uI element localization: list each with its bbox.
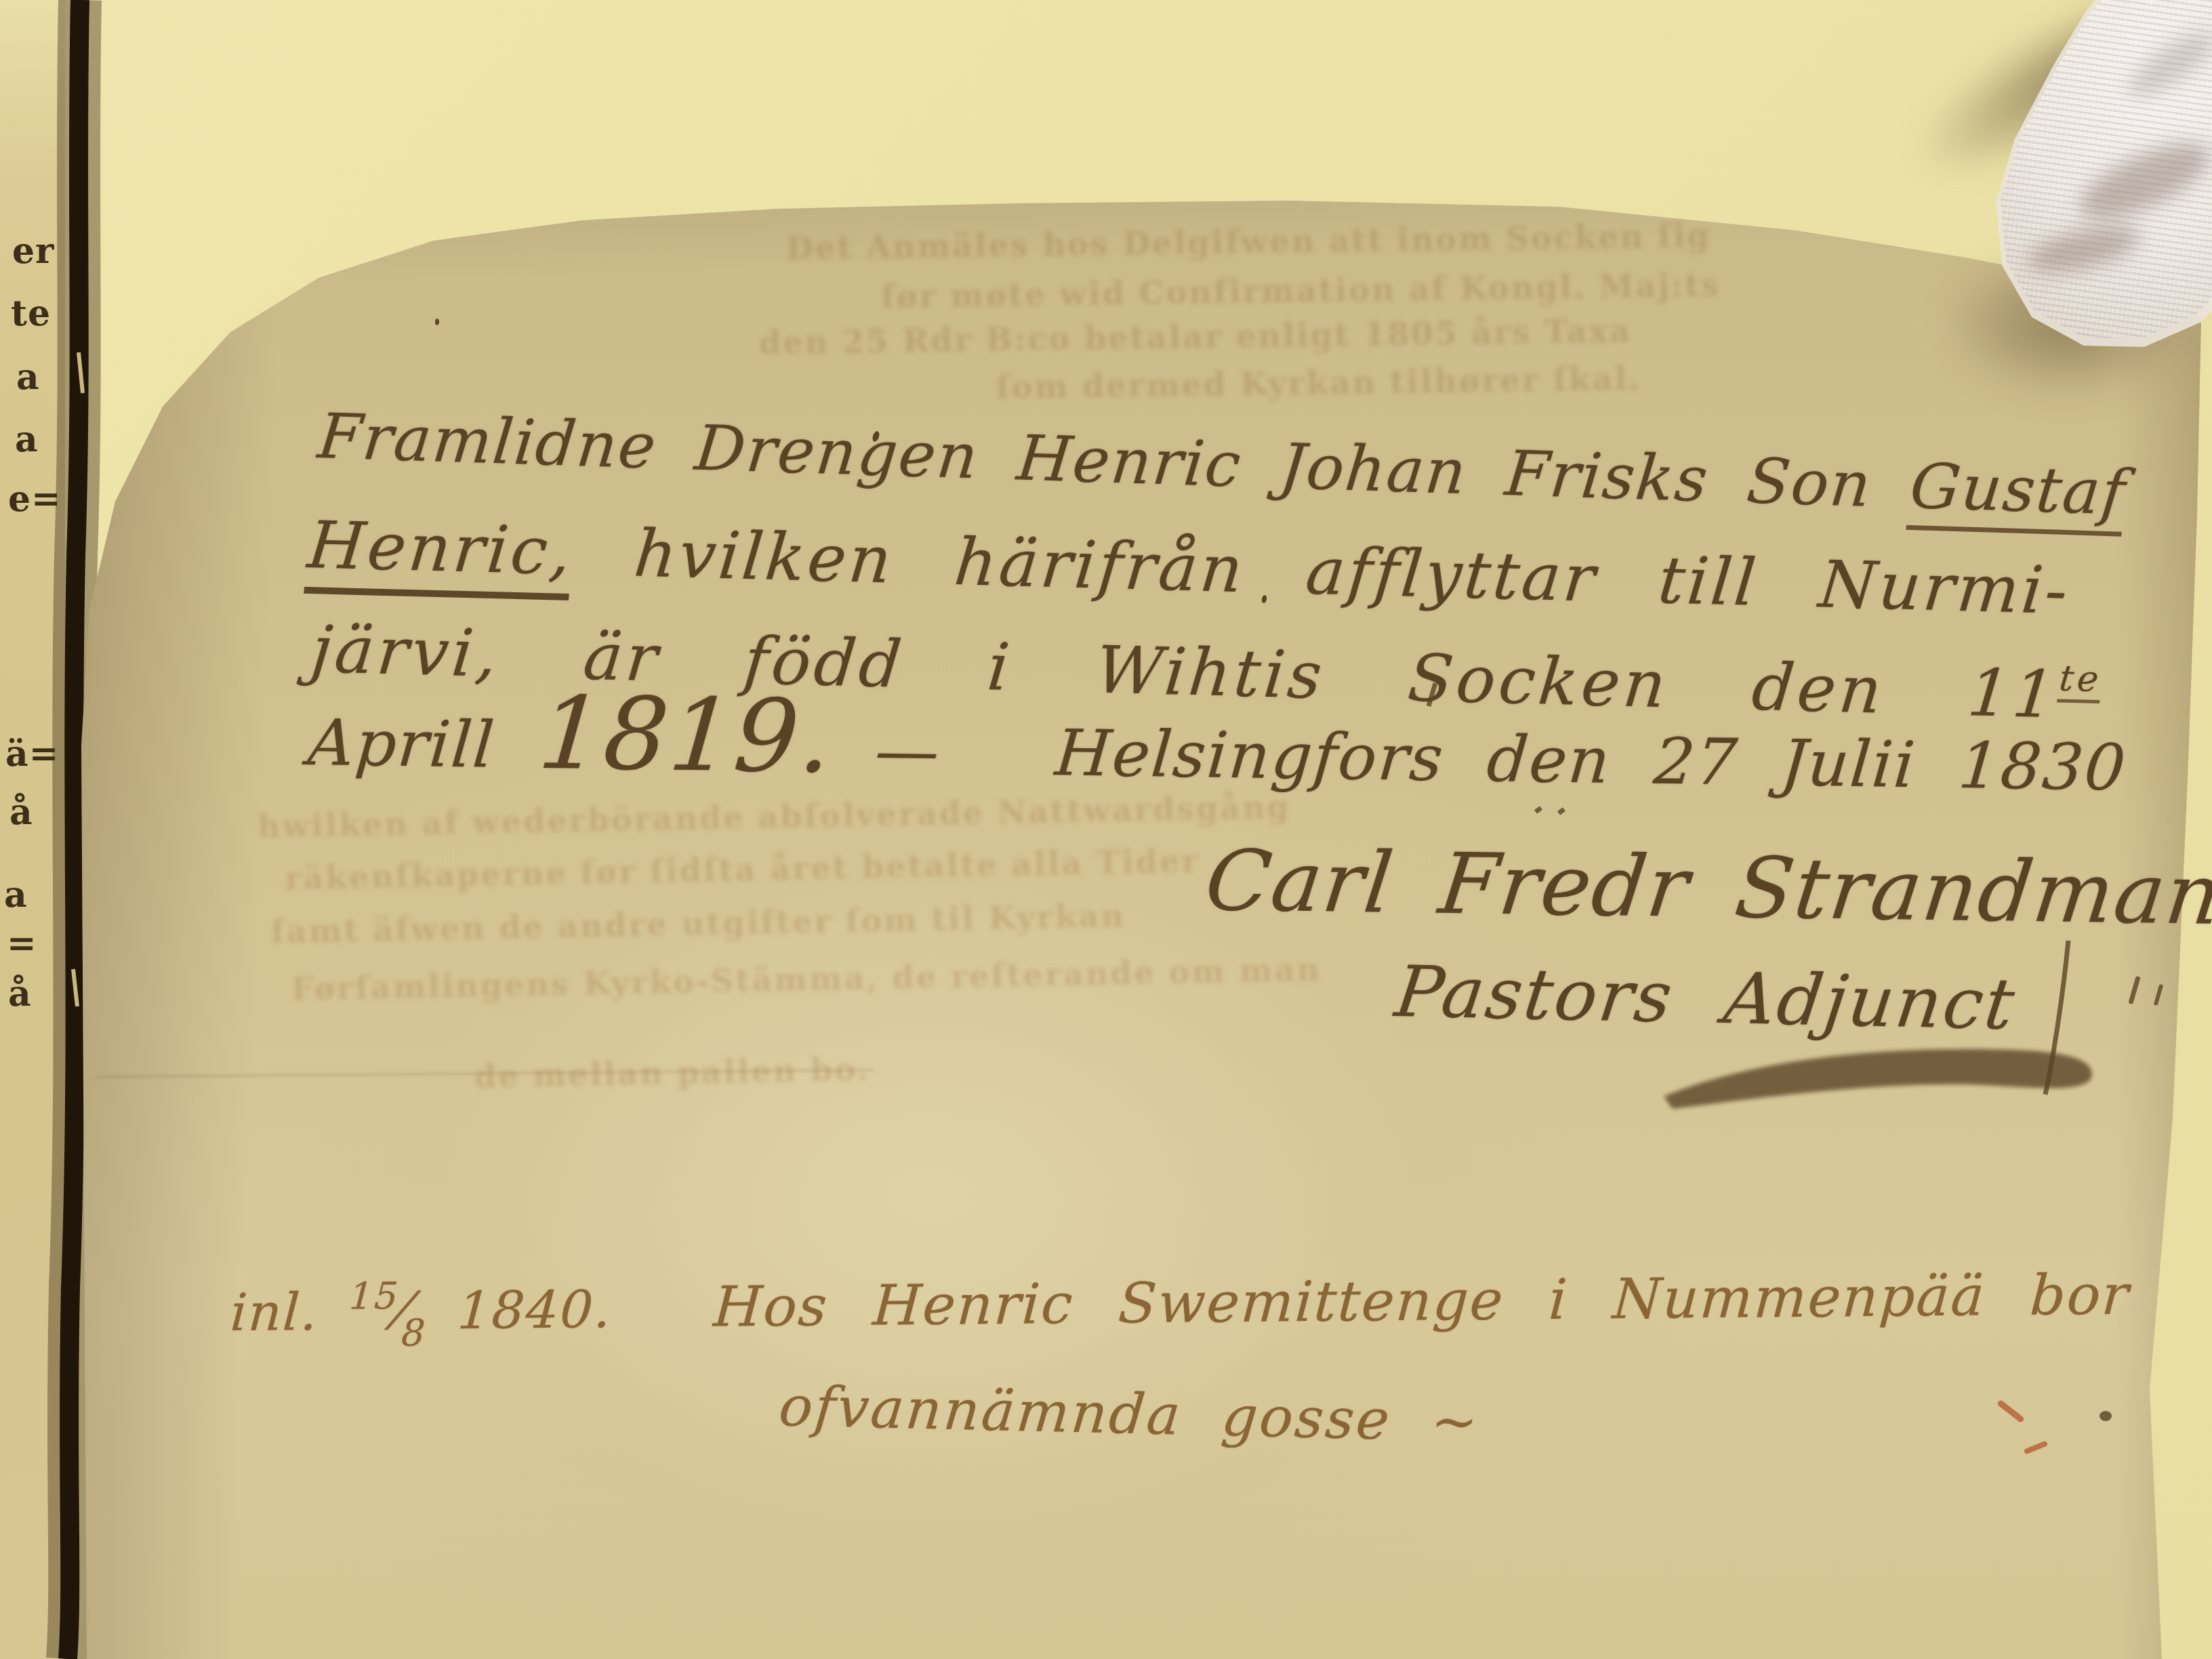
ink-smear <box>0 0 2212 1659</box>
photo-of-parish-record: { "document": { "kind": "handwritten par… <box>0 0 2212 1659</box>
glove-crease <box>2024 217 2144 281</box>
glove-crease <box>2070 128 2212 234</box>
ink-speck <box>435 319 439 325</box>
dark-speck <box>2100 1411 2112 1421</box>
glove-crease <box>2121 22 2212 108</box>
